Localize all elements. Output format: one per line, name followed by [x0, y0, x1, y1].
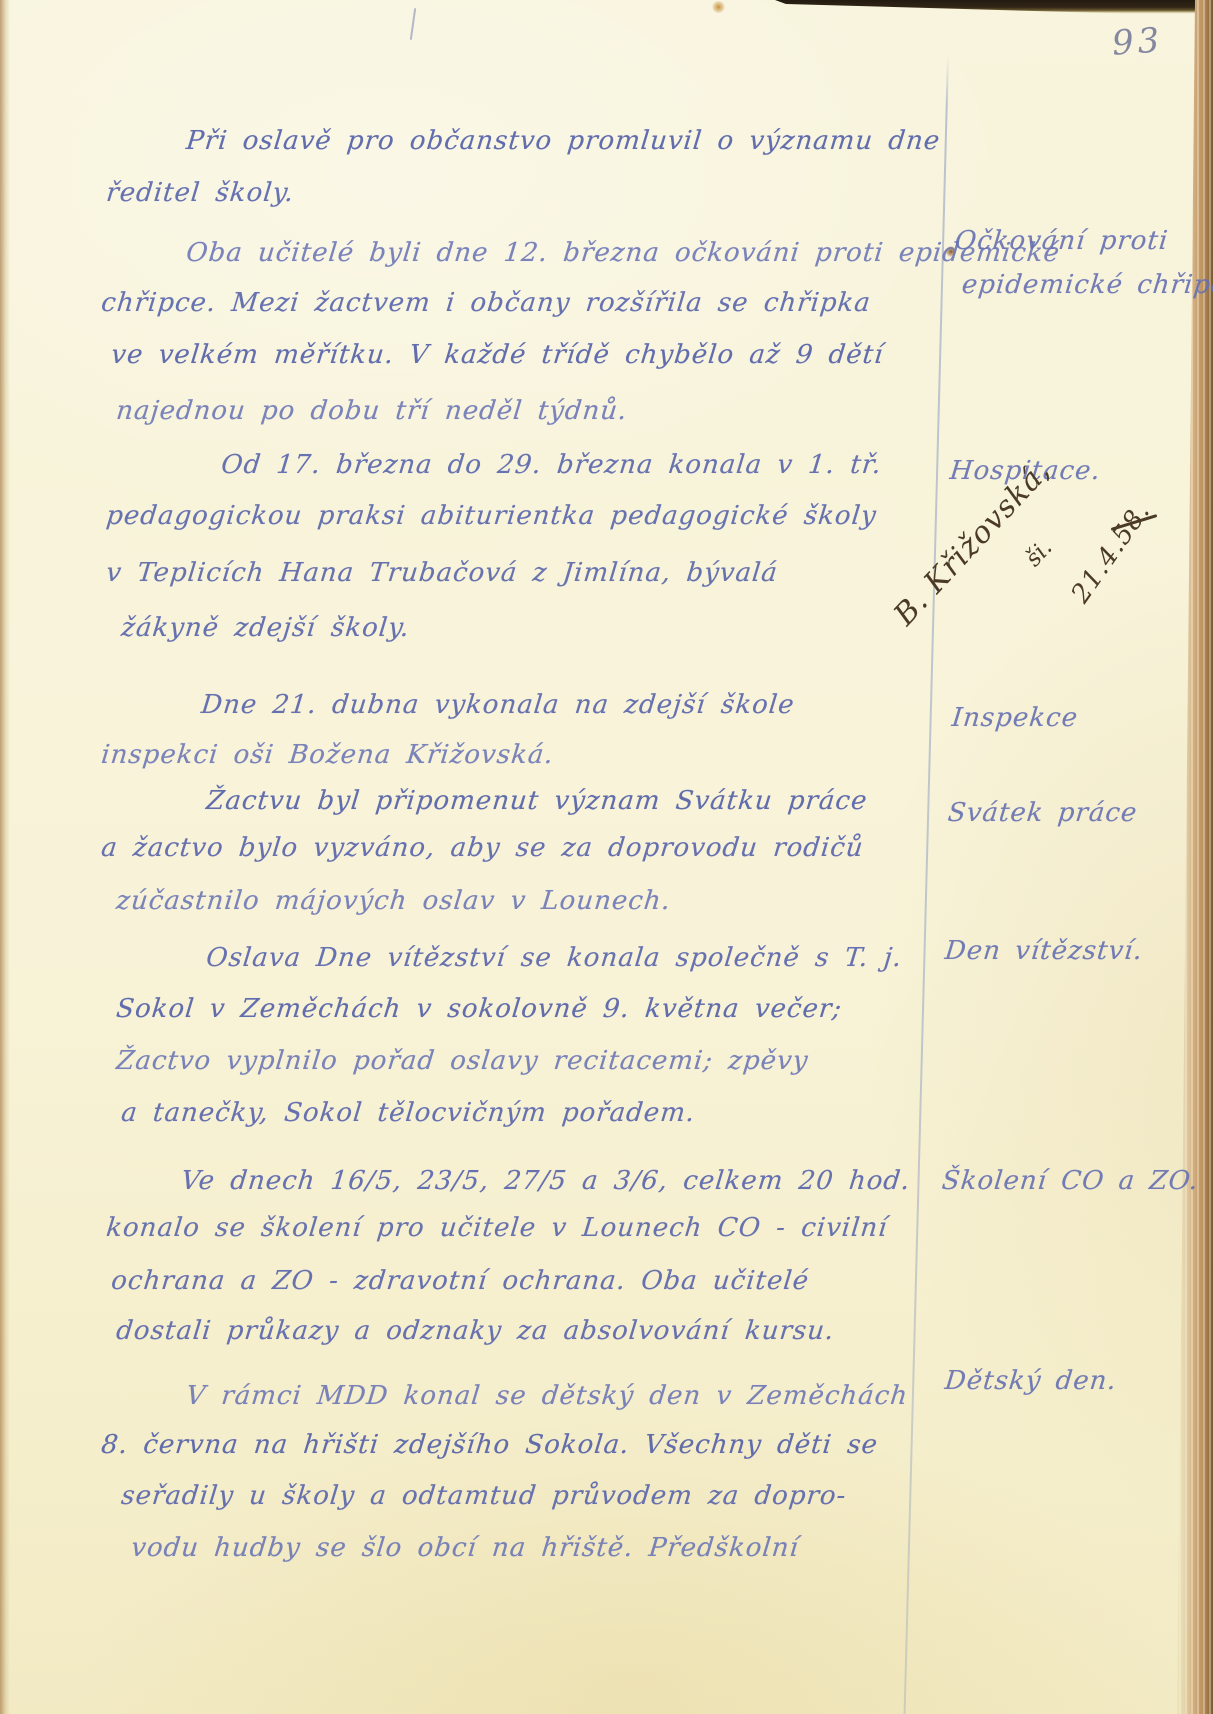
handwritten-line: žákyně zdejší školy. — [120, 615, 411, 641]
chronicle-scanned-page: 93 Při oslavě pro občanstvo promluvil o … — [0, 0, 1213, 1714]
handwritten-line: 8. června na hřišti zdejšího Sokola. Vše… — [100, 1432, 879, 1458]
book-page-edges-right — [1173, 0, 1213, 1714]
handwritten-line: ochrana a ZO - zdravotní ochrana. Oba uč… — [110, 1268, 811, 1294]
handwritten-line: v Teplicích Hana Trubačová z Jimlína, bý… — [105, 560, 779, 586]
inspector-annotation: B. Křižovská, ši. 21.4.58. — [878, 455, 1178, 685]
handwritten-line: Žactvu byl připomenut význam Svátku prác… — [205, 788, 869, 814]
handwritten-line: Oslava Dne vítězství se konala společně … — [205, 945, 904, 971]
handwritten-line: Sokol v Zeměchách v sokolovně 9. května … — [115, 996, 843, 1022]
inspector-title-abbrev: ši. — [1020, 535, 1057, 572]
handwritten-line: Při oslavě pro občanstvo promluvil o výz… — [185, 128, 942, 154]
handwritten-line: vodu hudby se šlo obcí na hřiště. Předšk… — [130, 1535, 800, 1561]
inspection-date: 21.4.58. — [1066, 497, 1157, 609]
margin-note: Den vítězství. — [944, 938, 1145, 964]
stray-ink-mark — [410, 8, 416, 40]
book-page-edge-left — [0, 0, 10, 1714]
handwritten-line: zúčastnilo májových oslav v Lounech. — [115, 888, 672, 914]
page-number: 93 — [1111, 20, 1165, 63]
handwritten-line: dostali průkazy a odznaky za absolvování… — [115, 1318, 836, 1344]
handwritten-line: a tanečky, Sokol tělocvičným pořadem. — [120, 1100, 697, 1126]
margin-note: Očkování proti — [954, 228, 1170, 254]
margin-note: Dětský den. — [944, 1368, 1119, 1394]
margin-note: Školení CO a ZO. — [941, 1168, 1200, 1194]
handwritten-line: Od 17. března do 29. března konala v 1. … — [220, 452, 883, 478]
handwritten-line: Dne 21. dubna vykonala na zdejší škole — [200, 692, 796, 718]
margin-note: epidemické chřipce. — [961, 272, 1213, 298]
handwritten-line: ve velkém měřítku. V každé třídě chybělo… — [110, 342, 885, 368]
handwritten-line: najednou po dobu tří neděl týdnů. — [115, 398, 629, 424]
margin-note: Inspekce — [951, 705, 1080, 731]
paper-stain — [712, 1, 725, 13]
handwritten-line: seřadily u školy a odtamtud průvodem za … — [120, 1483, 848, 1509]
handwritten-line: V rámci MDD konal se dětský den v Zeměch… — [185, 1383, 909, 1409]
margin-rule-line — [903, 56, 949, 1714]
handwritten-line: ředitel školy. — [105, 180, 295, 206]
margin-note: Svátek práce — [947, 800, 1139, 826]
handwritten-line: pedagogickou praksi abiturientka pedagog… — [105, 503, 878, 529]
handwritten-line: inspekci oši Božena Křižovská. — [100, 742, 555, 768]
handwritten-line: chřipce. Mezi žactvem i občany rozšířila… — [100, 290, 872, 316]
scan-dark-top-edge — [775, 0, 1213, 16]
handwritten-line: konalo se školení pro učitele v Lounech … — [105, 1215, 889, 1241]
handwritten-line: Oba učitelé byli dne 12. března očkováni… — [185, 240, 1061, 266]
handwritten-line: a žactvo bylo vyzváno, aby se za doprovo… — [100, 835, 865, 861]
handwritten-line: Ve dnech 16/5, 23/5, 27/5 a 3/6, celkem … — [180, 1168, 912, 1194]
handwritten-line: Žactvo vyplnilo pořad oslavy recitacemi;… — [115, 1048, 810, 1074]
